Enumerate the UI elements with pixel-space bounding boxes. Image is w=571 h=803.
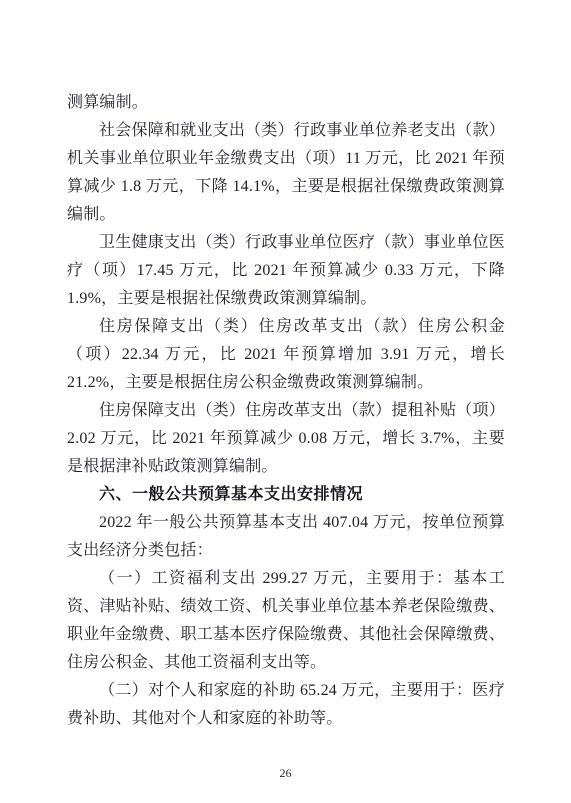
paragraph-continuation: 测算编制。: [67, 89, 505, 117]
paragraph-individual-family-subsidy: （二）对个人和家庭的补助 65.24 万元，主要用于：医疗费补助、其他对个人和家…: [67, 677, 505, 733]
document-page: 测算编制。 社会保障和就业支出（类）行政事业单位养老支出（款）机关事业单位职业年…: [0, 0, 571, 803]
paragraph-social-security-pension: 社会保障和就业支出（类）行政事业单位养老支出（款）机关事业单位职业年金缴费支出（…: [67, 117, 505, 229]
section-heading-basic-expenditure: 六、一般公共预算基本支出安排情况: [67, 481, 505, 509]
paragraph-health-expenditure: 卫生健康支出（类）行政事业单位医疗（款）事业单位医疗（项）17.45 万元，比 …: [67, 229, 505, 313]
page-number: 26: [0, 765, 571, 781]
paragraph-basic-expenditure-total: 2022 年一般公共预算基本支出 407.04 万元，按单位预算支出经济分类包括…: [67, 509, 505, 565]
paragraph-rent-subsidy: 住房保障支出（类）住房改革支出（款）提租补贴（项）2.02 万元，比 2021 …: [67, 397, 505, 481]
paragraph-wage-welfare: （一）工资福利支出 299.27 万元，主要用于：基本工资、津贴补贴、绩效工资、…: [67, 565, 505, 677]
document-body: 测算编制。 社会保障和就业支出（类）行政事业单位养老支出（款）机关事业单位职业年…: [67, 89, 505, 733]
paragraph-housing-fund: 住房保障支出（类）住房改革支出（款）住房公积金（项）22.34 万元，比 202…: [67, 313, 505, 397]
